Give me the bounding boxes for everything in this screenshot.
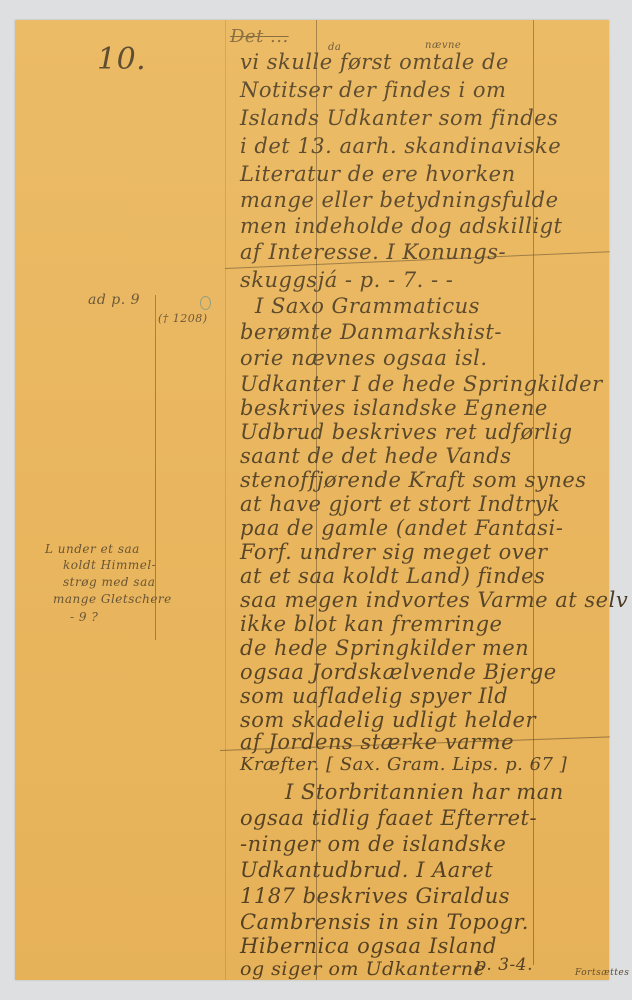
continued-note: Fortsættes (575, 968, 629, 978)
margin-aside-line-4: mange Gletschere (53, 592, 172, 606)
text-line: Udkanter I de hede Springkilder (240, 372, 603, 396)
text-line: skuggsjá - p. - 7. - - (240, 268, 453, 292)
text-line: stenoffjørende Kraft som synes (240, 468, 587, 492)
text-line: Kræfter. [ Sax. Gram. Lips. p. 67 ] (240, 754, 567, 775)
text-line: Notitser der findes i om (240, 78, 506, 102)
margin-date: († 1208) (158, 312, 208, 325)
text-line: Cambrensis in sin Topogr. (240, 910, 529, 934)
margin-aside-tail: - 9 ? (70, 610, 98, 624)
margin-aside-line-3: strøg med saa (63, 575, 155, 589)
text-line: ogsaa tidlig faaet Efterret- (240, 806, 537, 830)
margin-aside-line-2: koldt Himmel- (63, 558, 156, 572)
text-line: Udkantudbrud. I Aaret (240, 858, 493, 882)
text-line: vi skulle først omtale de (240, 50, 509, 74)
manuscript-page: 10. ad p. 9 († 1208) L under et saa kold… (15, 20, 609, 980)
text-line: ikke blot kan fremringe (240, 612, 502, 636)
text-line: Islands Udkanter som findes (240, 106, 558, 130)
text-line: paa de gamle (andet Fantasi- (240, 516, 563, 540)
text-line: og siger om Udkanterne (240, 958, 485, 980)
text-line: mange eller betydningsfulde (240, 188, 559, 212)
text-line: Literatur de ere hvorken (240, 162, 516, 186)
text-line: I Storbritannien har man (285, 780, 564, 804)
text-line: af Jordens stærke varme (240, 730, 514, 754)
text-line: orie nævnes ogsaa isl. (240, 346, 488, 370)
text-line: som uafladelig spyer Ild (240, 684, 508, 708)
margin-aside-line-1: L under et saa (45, 542, 140, 556)
text-line: Hibernica ogsaa Island (240, 934, 497, 958)
struck-heading: Det ... (230, 26, 289, 47)
text-line: saant de det hede Vands (240, 444, 512, 468)
page-number: 10. (97, 42, 146, 77)
text-line: i det 13. aarh. skandinaviske (240, 134, 561, 158)
text-line: de hede Springkilder men (240, 636, 529, 660)
text-line: ogsaa Jordskælvende Bjerge (240, 660, 557, 684)
text-line: Udbrud beskrives ret udførlig (240, 420, 573, 444)
page-reference: p. 3-4. (475, 955, 533, 975)
circle-mark (200, 296, 211, 310)
text-line: saa megen indvortes Varme at selv (240, 588, 628, 612)
text-line: men indeholde dog adskilligt (240, 214, 563, 238)
ruled-line-left (225, 20, 226, 980)
text-line: af Interesse. I Konungs- (240, 240, 506, 264)
text-line: 1187 beskrives Giraldus (240, 884, 510, 908)
text-line: at et saa koldt Land) findes (240, 564, 545, 588)
text-line: at have gjort et stort Indtryk (240, 492, 560, 516)
text-line: beskrives islandske Egnene (240, 396, 548, 420)
text-line: -ninger om de islandske (240, 832, 506, 856)
text-line: Forf. undrer sig meget over (240, 540, 548, 564)
text-line: I Saxo Grammaticus (255, 294, 480, 318)
margin-ref: ad p. 9 (88, 292, 140, 308)
text-line: som skadelig udligt helder (240, 708, 536, 732)
text-line: berømte Danmarkshist- (240, 320, 502, 344)
